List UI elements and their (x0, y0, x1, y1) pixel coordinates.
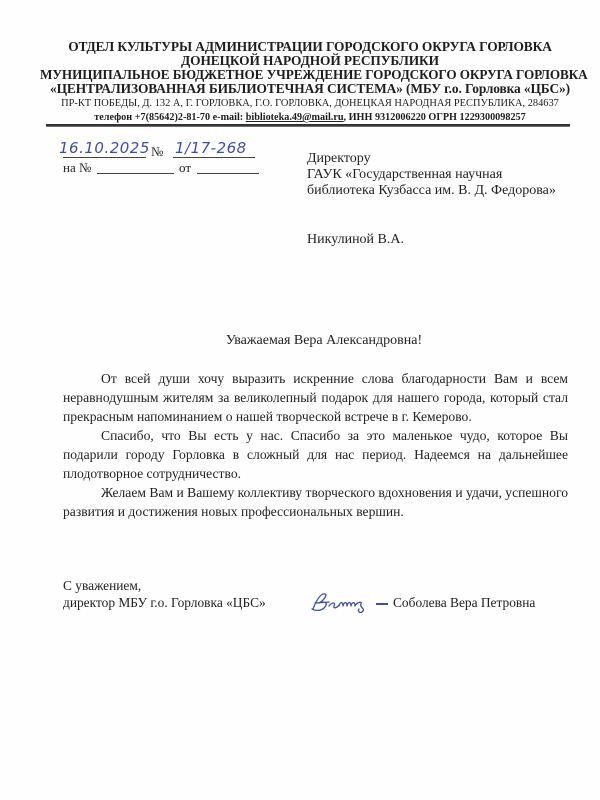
letterhead-department: ОТДЕЛ КУЛЬТУРЫ АДМИНИСТРАЦИИ ГОРОДСКОГО … (40, 40, 580, 54)
handwritten-number: 1/17-268 (175, 139, 247, 157)
number-label: № (151, 144, 163, 160)
addressee-block: Директору ГАУК «Государственная научная … (307, 151, 556, 199)
date-field[interactable]: 16.10.2025 (63, 143, 146, 158)
recipient-name: Никулиной В.А. (307, 232, 404, 248)
body-paragraph: Желаем Вам и Вашему коллективу творческо… (63, 483, 568, 521)
body-paragraph: Спасибо, что Вы есть у нас. Спасибо за э… (63, 426, 568, 483)
registration-ids: , ИНН 9312006220 ОГРН 1229300098257 (344, 112, 526, 123)
number-field[interactable]: 1/17-268 (173, 143, 255, 158)
ref-number-label: на № (63, 160, 91, 176)
letterhead: ОТДЕЛ КУЛЬТУРЫ АДМИНИСТРАЦИИ ГОРОДСКОГО … (40, 40, 580, 124)
salutation: Уважаемая Вера Александровна! (0, 333, 600, 349)
letter-page: ОТДЕЛ КУЛЬТУРЫ АДМИНИСТРАЦИИ ГОРОДСКОГО … (0, 0, 600, 800)
letterhead-republic: ДОНЕЦКОЙ НАРОДНОЙ РЕСПУБЛИКИ (40, 54, 580, 68)
addressee-position: Директору (307, 151, 556, 167)
letterhead-system-name: «ЦЕНТРАЛИЗОВАННАЯ БИБЛИОТЕЧНАЯ СИСТЕМА» … (40, 82, 580, 96)
letterhead-divider (46, 124, 570, 127)
email-link[interactable]: biblioteka.49@mail.ru (246, 112, 344, 123)
closing-regards: С уважением, (63, 576, 141, 595)
ref-date-label: от (179, 160, 191, 176)
signature-block: директор МБУ г.о. Горловка «ЦБС» Соболев… (63, 595, 573, 617)
body-paragraph: От всей души хочу выразить искренние сло… (63, 369, 568, 426)
handwritten-date: 16.10.2025 (59, 139, 150, 157)
letter-body: От всей души хочу выразить искренние сло… (63, 369, 568, 521)
letterhead-address: ПР-КТ ПОБЕДЫ, Д. 132 А, Г. ГОРЛОВКА, Г.О… (40, 97, 580, 111)
handwritten-signature-icon (307, 589, 375, 615)
addressee-organization-line1: ГАУК «Государственная научная (307, 167, 556, 183)
signature-dash (376, 603, 388, 605)
phone-text: телефон +7(85642)2-81-70 e-mail: (94, 112, 246, 123)
ref-date-field[interactable] (197, 159, 259, 174)
letterhead-contacts: телефон +7(85642)2-81-70 e-mail: bibliot… (40, 111, 580, 124)
ref-number-field[interactable] (97, 159, 174, 174)
signer-title: директор МБУ г.о. Горловка «ЦБС» (63, 595, 266, 611)
letterhead-institution: МУНИЦИПАЛЬНОЕ БЮДЖЕТНОЕ УЧРЕЖДЕНИЕ ГОРОД… (40, 68, 580, 82)
signer-name: Соболева Вера Петровна (393, 595, 535, 611)
addressee-organization-line2: библиотека Кузбасса им. В. Д. Федорова» (307, 183, 556, 199)
